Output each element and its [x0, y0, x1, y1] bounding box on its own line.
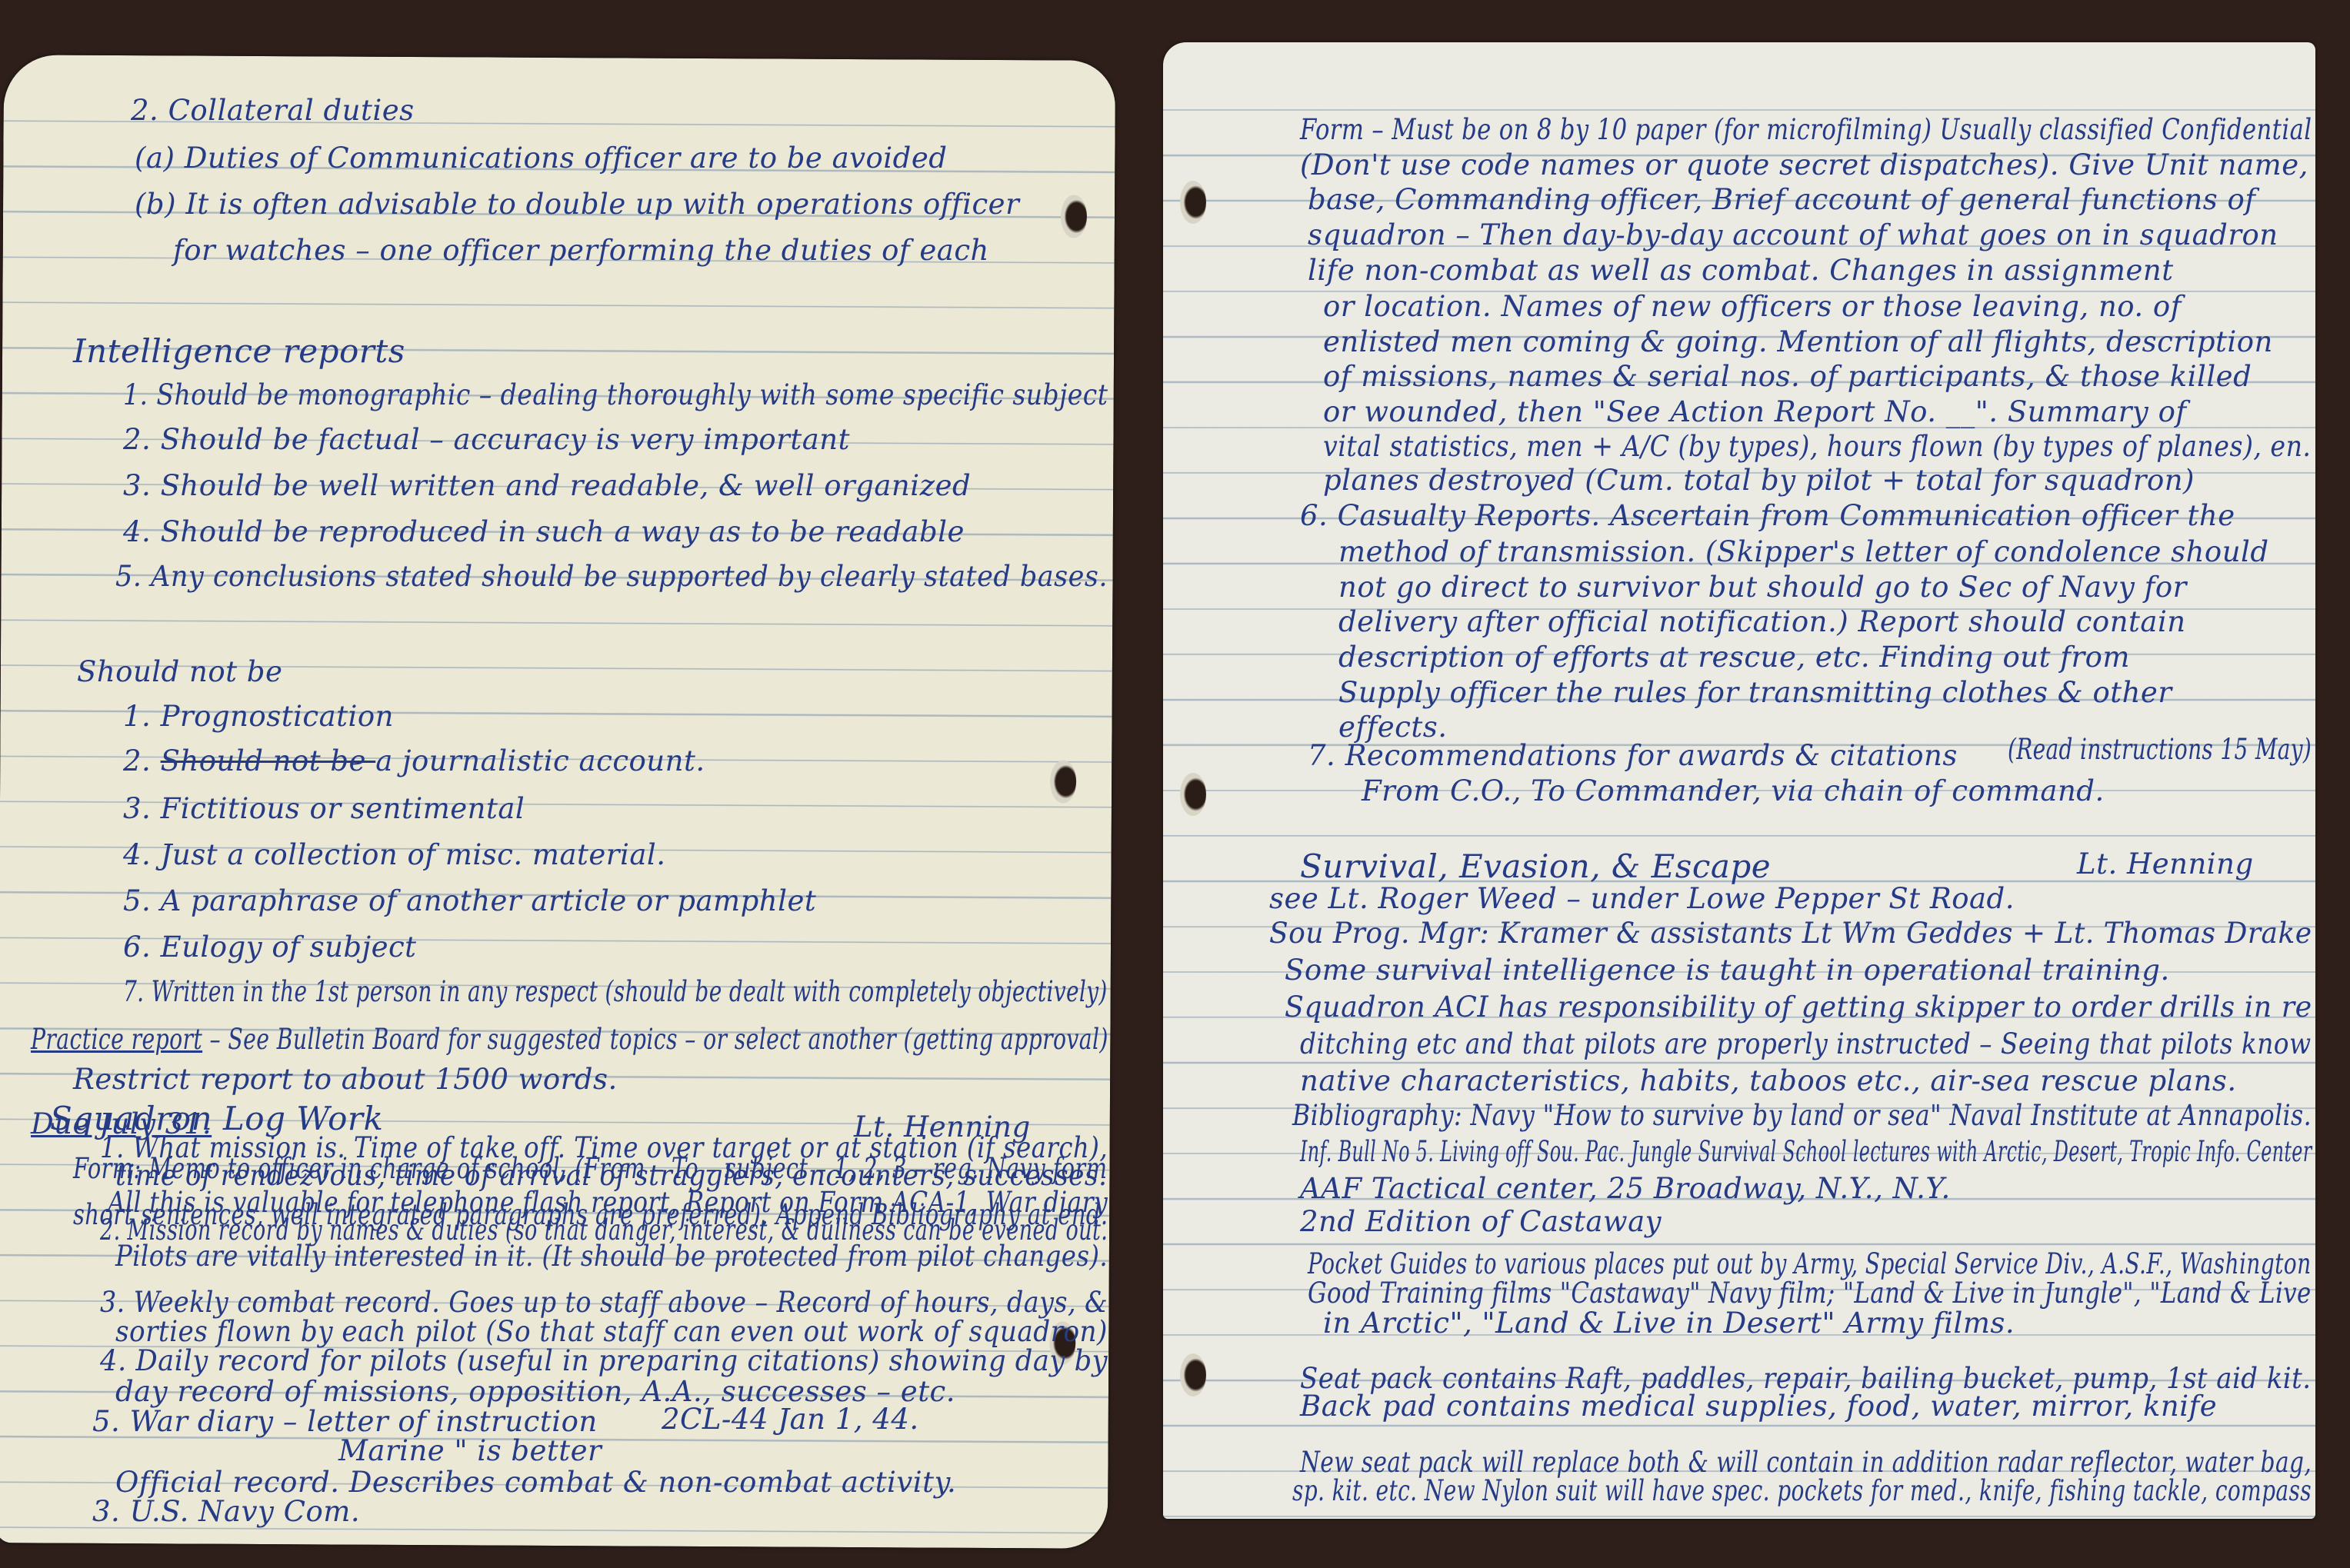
- right_page-note-line: (Read instructions 15 May): [2008, 733, 2312, 766]
- left_page-note-line: 3. Weekly combat record. Goes up to staf…: [100, 1286, 1108, 1319]
- right_page-note-line: base, Commanding officer, Brief account …: [1308, 183, 2255, 216]
- left_page-note-line: (a) Duties of Communications officer are…: [135, 141, 947, 175]
- left_page-note-line: 5. War diary – letter of instruction: [92, 1405, 598, 1438]
- left_page-note-line: Should not be: [77, 655, 282, 688]
- left_page-note-line: 5. A paraphrase of another article or pa…: [123, 884, 816, 917]
- left_page-note-line: 5. Any conclusions stated should be supp…: [115, 560, 1108, 593]
- right_page-note-line: Supply officer the rules for transmittin…: [1338, 676, 2172, 709]
- right_page-note-line: sp. kit. etc. New Nylon suit will have s…: [1292, 1474, 2312, 1507]
- left_page-note-line: 3. Fictitious or sentimental: [123, 792, 525, 825]
- right_page-note-line: of missions, names & serial nos. of part…: [1323, 360, 2252, 393]
- left_page-note-line: 2CL-44 Jan 1, 44.: [662, 1403, 919, 1436]
- right_page-note-line: method of transmission. (Skipper's lette…: [1338, 535, 2269, 568]
- right_page-note-line: Survival, Evasion, & Escape: [1300, 847, 1771, 885]
- left_page-note-line: Pilots are vitally interested in it. (It…: [115, 1240, 1108, 1273]
- right_page-note-line: Back pad contains medical supplies, food…: [1300, 1390, 2217, 1423]
- binder-hole: [1180, 181, 1206, 224]
- right_page-note-line: (Don't use code names or quote secret di…: [1300, 148, 2308, 181]
- binder-hole: [1180, 1353, 1206, 1397]
- right_page-note-line: or wounded, then "See Action Report No. …: [1323, 395, 2187, 428]
- right_page-note-line: delivery after official notification.) R…: [1338, 605, 2186, 638]
- left_page-note-line: Intelligence reports: [73, 332, 405, 370]
- right_page-note-line: Sou Prog. Mgr: Kramer & assistants Lt Wm…: [1269, 917, 2312, 950]
- right_page-note-line: not go direct to survivor but should go …: [1338, 571, 2187, 604]
- left_page-note-line: 3. U.S. Navy Com.: [92, 1495, 360, 1528]
- right_page-note-line: squadron – Then day-by-day account of wh…: [1308, 218, 2278, 251]
- right_page-note-line: description of efforts at rescue, etc. F…: [1338, 641, 2130, 674]
- binder-hole: [1061, 195, 1087, 238]
- left_page-note-line: 2. Should not be a journalistic account.: [123, 744, 705, 777]
- right_page-note-line: life non-combat as well as combat. Chang…: [1308, 254, 2174, 287]
- left_page-note-line: for watches – one officer performing the…: [173, 234, 989, 267]
- right_page-note-line: enlisted men coming & going. Mention of …: [1323, 325, 2273, 358]
- left_page-note-line: (b) It is often advisable to double up w…: [135, 188, 1019, 221]
- right_page-note-line: native characteristics, habits, taboos e…: [1300, 1064, 2237, 1097]
- right_page-note-line: see Lt. Roger Weed – under Lowe Pepper S…: [1269, 882, 2015, 915]
- left_page-note-line: 7. Written in the 1st person in any resp…: [123, 975, 1108, 1008]
- left_page-note-line: 4. Should be reproduced in such a way as…: [123, 515, 965, 548]
- right_page-note-line: Inf. Bull No 5. Living off Sou. Pac. Jun…: [1300, 1135, 2312, 1168]
- left_page-note-line: Restrict report to about 1500 words.: [73, 1063, 618, 1096]
- left_page-note-line: 2. Collateral duties: [131, 94, 415, 127]
- right_page-note-line: planes destroyed (Cum. total by pilot + …: [1323, 464, 2195, 497]
- left_page-note-line: 1. Prognostication: [123, 700, 394, 733]
- right_page-note-line: Lt. Henning: [2077, 847, 2254, 881]
- left_page-note-line: 1. Should be monographic – dealing thoro…: [123, 378, 1108, 411]
- left_page-note-line: sorties flown by each pilot (So that sta…: [115, 1315, 1108, 1348]
- left_page-note-line: Official record. Describes combat & non-…: [115, 1466, 956, 1499]
- right_page-note-line: From C.O., To Commander, via chain of co…: [1362, 774, 2105, 807]
- right_page-note-line: ditching etc and that pilots are properl…: [1300, 1027, 2312, 1060]
- right_page-note-line: Good Training films "Castaway" Navy film…: [1308, 1277, 2312, 1310]
- right_page-note-line: Some survival intelligence is taught in …: [1285, 954, 2170, 987]
- binder-hole: [1050, 760, 1076, 803]
- right_page-note-line: Bibliography: Navy "How to survive by la…: [1292, 1099, 2312, 1132]
- right_page-note-line: 2nd Edition of Castaway: [1300, 1205, 1662, 1238]
- left_page-note-line: Practice report – See Bulletin Board for…: [31, 1023, 1108, 1056]
- left_page-note-line: 6. Eulogy of subject: [123, 930, 417, 964]
- left_page-note-line: Marine " is better: [338, 1434, 602, 1467]
- left_page-note-line: 2. Should be factual – accuracy is very …: [123, 423, 850, 456]
- right_page-note-line: AAF Tactical center, 25 Broadway, N.Y., …: [1300, 1172, 1951, 1205]
- right_page-note-line: or location. Names of new officers or th…: [1323, 290, 2182, 323]
- binder-hole: [1180, 773, 1206, 816]
- right_page-note-line: in Arctic", "Land & Live in Desert" Army…: [1323, 1307, 2015, 1340]
- left_page-note-line: 4. Daily record for pilots (useful in pr…: [100, 1344, 1108, 1377]
- right_page-note-line: Form – Must be on 8 by 10 paper (for mic…: [1300, 113, 2312, 146]
- left_page-note-line: 3. Should be well written and readable, …: [123, 469, 971, 502]
- left_page-note-line: 4. Just a collection of misc. material.: [123, 838, 665, 871]
- right_page-note-line: Squadron ACI has responsibility of getti…: [1285, 990, 2312, 1024]
- right_page-note-line: vital statistics, men + A/C (by types), …: [1323, 430, 2311, 463]
- right_page-note-line: 7. Recommendations for awards & citation…: [1308, 739, 1958, 772]
- right_page-note-line: 6. Casualty Reports. Ascertain from Comm…: [1300, 499, 2235, 532]
- right_page-note-line: Pocket Guides to various places put out …: [1308, 1247, 2312, 1280]
